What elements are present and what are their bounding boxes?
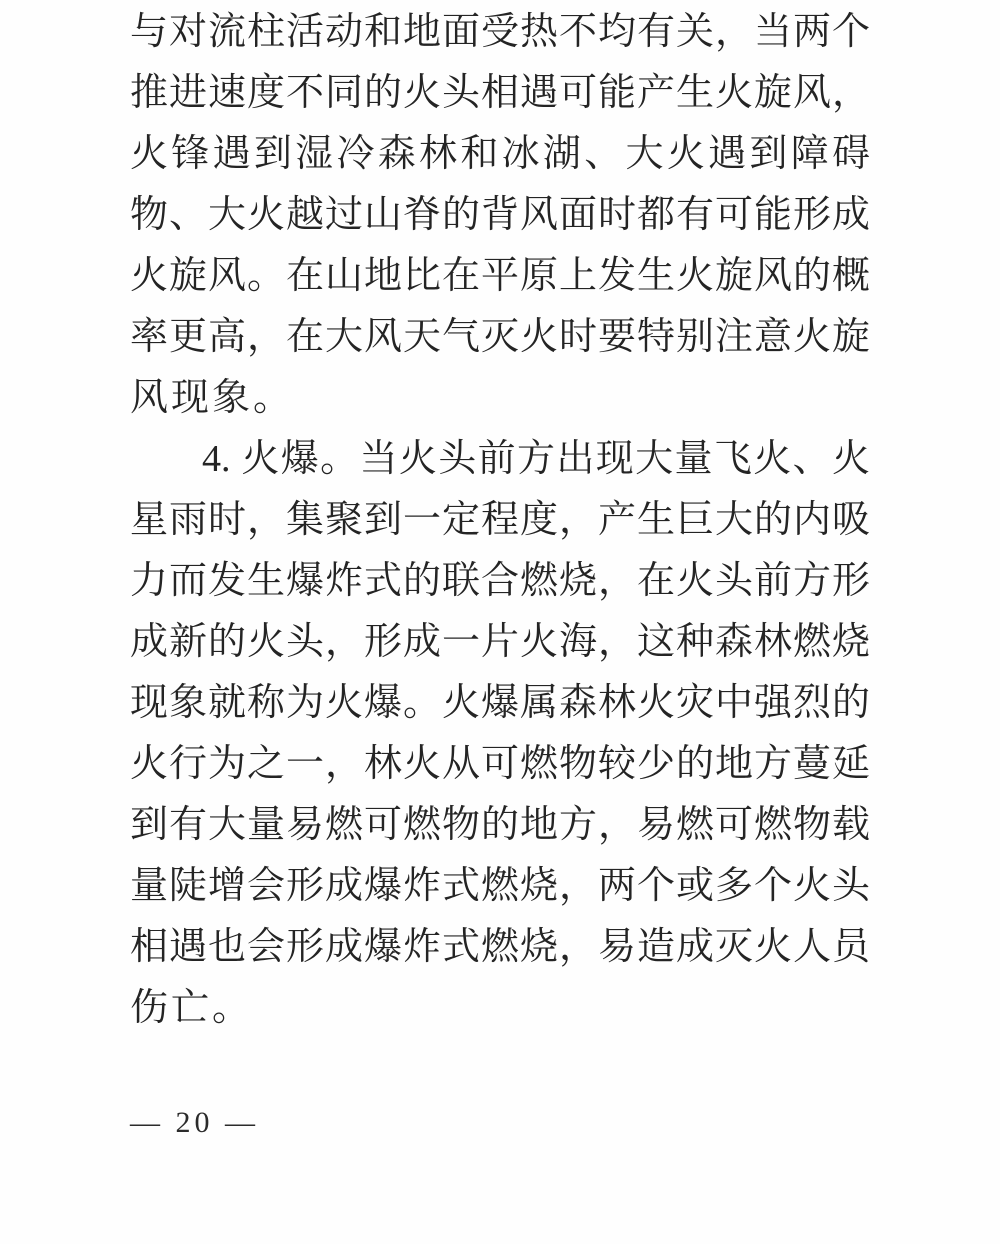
text-line: 风现象。 — [130, 368, 870, 429]
text-line: 火锋遇到湿冷森林和冰湖、大火遇到障碍 — [130, 124, 870, 185]
paragraph-fire-explosion: 4. 火爆。当火头前方出现大量飞火、火 星雨时，集聚到一定程度，产生巨大的内吸 … — [130, 429, 870, 1039]
text-line: 成新的火头，形成一片火海，这种森林燃烧 — [130, 612, 870, 673]
text-line: 率更高，在大风天气灭火时要特别注意火旋 — [130, 307, 870, 368]
paragraph-fire-whirl: 与对流柱活动和地面受热不均有关，当两个 推进速度不同的火头相遇可能产生火旋风， … — [130, 2, 870, 429]
text-line: 与对流柱活动和地面受热不均有关，当两个 — [130, 2, 870, 63]
text-line: 火行为之一，林火从可燃物较少的地方蔓延 — [130, 734, 870, 795]
text-line: 现象就称为火爆。火爆属森林火灾中强烈的 — [130, 673, 870, 734]
page-content: 与对流柱活动和地面受热不均有关，当两个 推进速度不同的火头相遇可能产生火旋风， … — [0, 0, 1000, 1143]
text-line: 火旋风。在山地比在平原上发生火旋风的概 — [130, 246, 870, 307]
text-line: 推进速度不同的火头相遇可能产生火旋风， — [130, 63, 870, 124]
text-line: 4. 火爆。当火头前方出现大量飞火、火 — [130, 429, 870, 490]
page-number: — 20 — — [130, 1103, 870, 1143]
text-line: 伤亡。 — [130, 978, 870, 1039]
document-page: 与对流柱活动和地面受热不均有关，当两个 推进速度不同的火头相遇可能产生火旋风， … — [0, 0, 1000, 1244]
text-line: 量陡增会形成爆炸式燃烧，两个或多个火头 — [130, 856, 870, 917]
text-line: 物、大火越过山脊的背风面时都有可能形成 — [130, 185, 870, 246]
text-line: 到有大量易燃可燃物的地方，易燃可燃物载 — [130, 795, 870, 856]
text-line: 星雨时，集聚到一定程度，产生巨大的内吸 — [130, 490, 870, 551]
text-line: 相遇也会形成爆炸式燃烧，易造成灭火人员 — [130, 917, 870, 978]
text-line: 力而发生爆炸式的联合燃烧，在火头前方形 — [130, 551, 870, 612]
